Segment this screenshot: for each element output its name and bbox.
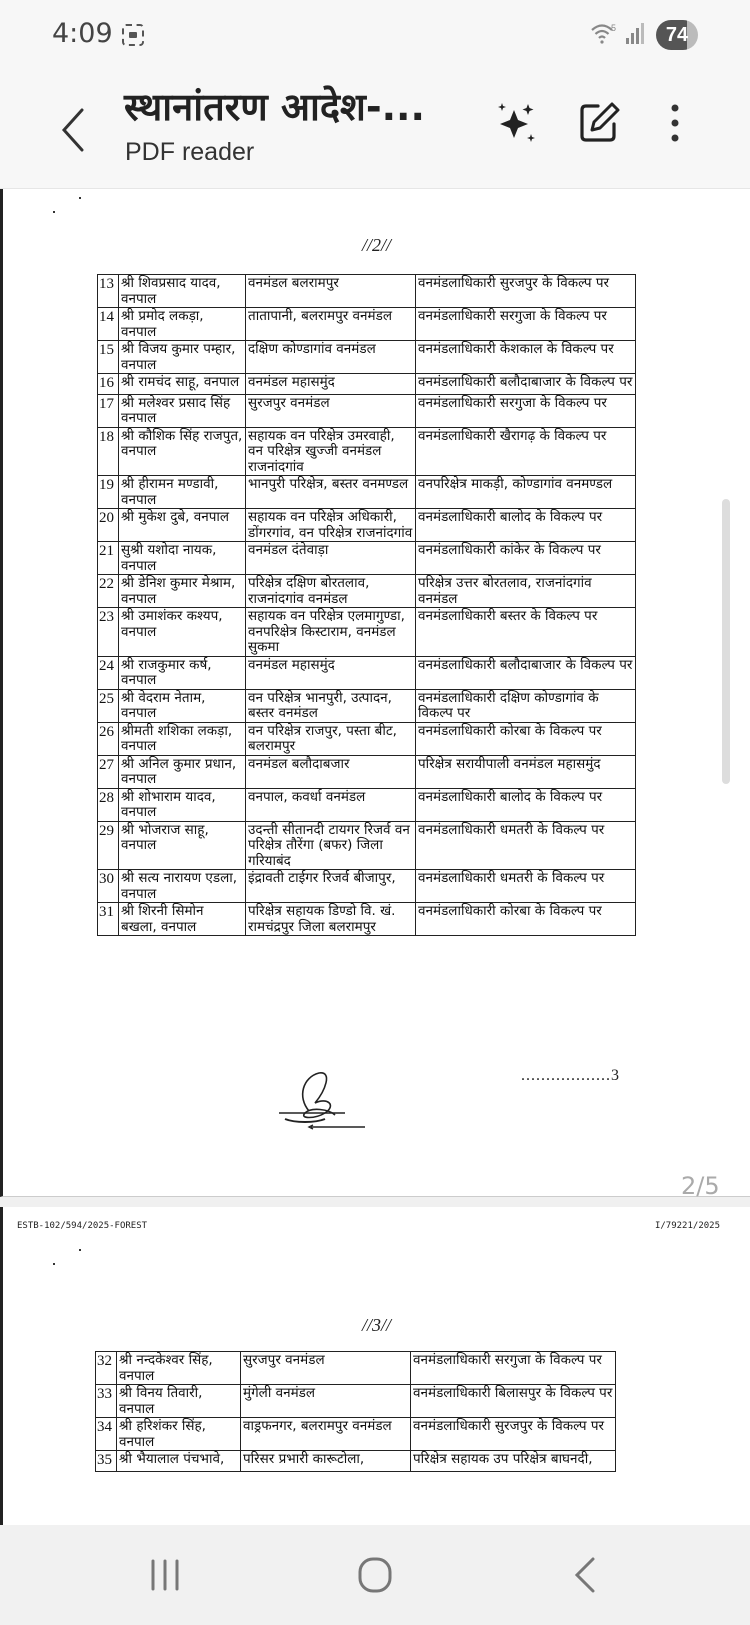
employee-name: श्री सत्य नारायण एडला, वनपाल: [119, 870, 246, 903]
page-mark: //2//: [3, 235, 750, 256]
table-row: 31श्री शिरनी सिमोन बखला, वनपालपरिक्षेत्र…: [98, 903, 636, 936]
employee-name: श्री शिवप्रसाद यादव, वनपाल: [119, 275, 246, 308]
serial-number: 32: [96, 1352, 117, 1385]
table-row: 23श्री उमाशंकर कश्यप, वनपालसहायक वन परिक…: [98, 608, 636, 657]
new-posting: वनमंडलाधिकारी बलौदाबाजार के विकल्प पर: [416, 374, 636, 395]
employee-name: श्री राजकुमार कर्ष, वनपाल: [119, 656, 246, 689]
current-posting: वनमंडल दंतेवाड़ा: [246, 542, 416, 575]
employee-name: श्री विजय कुमार पम्हार, वनपाल: [119, 341, 246, 374]
transfer-table: 13श्री शिवप्रसाद यादव, वनपालवनमंडल बलराम…: [97, 274, 636, 936]
new-posting: परिक्षेत्र सरायीपाली वनमंडल महासमुंद: [416, 755, 636, 788]
pdf-page-2: //2// 13श्री शिवप्रसाद यादव, वनपालवनमंडल…: [0, 189, 750, 1197]
employee-name: श्री रामचंद साहू, वनपाल: [119, 374, 246, 395]
current-posting: वनमंडल बलौदाबजार: [246, 755, 416, 788]
current-posting: वनमंडल महासमुंद: [246, 656, 416, 689]
current-posting: सहायक वन परिक्षेत्र एलमागुण्डा, वनपरिक्ष…: [246, 608, 416, 657]
employee-name: श्री कौशिक सिंह राजपुत, वनपाल: [119, 427, 246, 476]
employee-name: श्री डेनिश कुमार मेश्राम, वनपाल: [119, 575, 246, 608]
new-posting: वनमंडलाधिकारी धमतरी के विकल्प पर: [416, 870, 636, 903]
pdf-page-3: ESTB-102/594/2025-FOREST I/79221/2025 //…: [0, 1207, 750, 1525]
table-row: 34श्री हरिशंकर सिंह, वनपालवाड्रफनगर, बलर…: [96, 1418, 616, 1451]
current-posting: वन परिक्षेत्र भानपुरी, उत्पादन, बस्तर वन…: [246, 689, 416, 722]
current-posting: दक्षिण कोण्डागांव वनमंडल: [246, 341, 416, 374]
signal-icon: [626, 22, 644, 44]
new-posting: वनमंडलाधिकारी सुरजपुर के विकल्प पर: [416, 275, 636, 308]
current-posting: मुंगेली वनमंडल: [241, 1385, 411, 1418]
serial-number: 19: [98, 476, 119, 509]
serial-number: 28: [98, 788, 119, 821]
employee-name: सुश्री यशोदा नायक, वनपाल: [119, 542, 246, 575]
new-posting: वनमंडलाधिकारी बलौदाबाजार के विकल्प पर: [416, 656, 636, 689]
serial-number: 15: [98, 341, 119, 374]
table-row: 21सुश्री यशोदा नायक, वनपालवनमंडल दंतेवाड…: [98, 542, 636, 575]
new-posting: वनमंडलाधिकारी सरगुजा के विकल्प पर: [416, 308, 636, 341]
serial-number: 13: [98, 275, 119, 308]
employee-name: श्री प्रमोद लकड़ा, वनपाल: [119, 308, 246, 341]
new-posting: वनमंडलाधिकारी बस्तर के विकल्प पर: [416, 608, 636, 657]
table-row: 27श्री अनिल कुमार प्रधान, वनपालवनमंडल बल…: [98, 755, 636, 788]
new-posting: वनमंडलाधिकारी कोरबा के विकल्प पर: [416, 903, 636, 936]
table-row: 20श्री मुकेश दुबे, वनपालसहायक वन परिक्षे…: [98, 509, 636, 542]
current-posting: सुरजपुर वनमंडल: [241, 1352, 411, 1385]
edit-button[interactable]: [576, 100, 622, 146]
serial-number: 27: [98, 755, 119, 788]
back-button[interactable]: [56, 104, 96, 154]
app-subtitle: PDF reader: [125, 138, 254, 167]
edit-icon: [576, 100, 622, 146]
more-vert-icon: [660, 100, 690, 146]
current-posting: इंद्रावती टाईगर रिजर्व बीजापुर,: [246, 870, 416, 903]
current-posting: तातापानी, बलरामपुर वनमंडल: [246, 308, 416, 341]
current-posting: परिक्षेत्र सहायक डिण्डो वि. खं. रामचंद्र…: [246, 903, 416, 936]
new-posting: वनमंडलाधिकारी सरगुजा के विकल्प पर: [411, 1352, 616, 1385]
serial-number: 33: [96, 1385, 117, 1418]
svg-text:5: 5: [611, 23, 616, 33]
serial-number: 31: [98, 903, 119, 936]
current-posting: परिक्षेत्र दक्षिण बोरतलाव, राजनांदगांव व…: [246, 575, 416, 608]
screenshot-icon: [122, 24, 144, 46]
employee-name: श्री मलेश्वर प्रसाद सिंह वनपाल: [119, 394, 246, 427]
status-bar: 4:09 5 74: [0, 0, 750, 72]
table-row: 13श्री शिवप्रसाद यादव, वनपालवनमंडल बलराम…: [98, 275, 636, 308]
new-posting: वनमंडलाधिकारी कांकेर के विकल्प पर: [416, 542, 636, 575]
serial-number: 21: [98, 542, 119, 575]
current-posting: वनमंडल बलरामपुर: [246, 275, 416, 308]
current-posting: सहायक वन परिक्षेत्र उमरवाही, वन परिक्षेत…: [246, 427, 416, 476]
table-row: 33श्री विनय तिवारी, वनपालमुंगेली वनमंडलव…: [96, 1385, 616, 1418]
pdf-viewer[interactable]: //2// 13श्री शिवप्रसाद यादव, वनपालवनमंडल…: [0, 189, 750, 1525]
serial-number: 14: [98, 308, 119, 341]
current-posting: परिसर प्रभारी कारूटोला,: [241, 1451, 411, 1472]
file-reference: ESTB-102/594/2025-FOREST: [17, 1221, 147, 1231]
employee-name: श्री हरिशंकर सिंह, वनपाल: [117, 1418, 241, 1451]
battery-indicator: 74: [656, 20, 698, 50]
new-posting: वनपरिक्षेत्र माकड़ी, कोण्डागांव वनमण्डल: [416, 476, 636, 509]
employee-name: श्री विनय तिवारी, वनपाल: [117, 1385, 241, 1418]
page-mark: //3//: [3, 1315, 750, 1336]
back-nav-icon: [555, 1555, 615, 1595]
table-row: 24श्री राजकुमार कर्ष, वनपालवनमंडल महासमु…: [98, 656, 636, 689]
app-bar: स्थानांतरण आदेश-... PDF reader: [0, 72, 750, 190]
employee-name: श्री नन्दकेश्वर सिंह, वनपाल: [117, 1352, 241, 1385]
employee-name: श्री उमाशंकर कश्यप, वनपाल: [119, 608, 246, 657]
recents-button[interactable]: [135, 1555, 195, 1595]
current-posting: उदन्ती सीतानदी टायगर रिजर्व वन परिक्षेत्…: [246, 821, 416, 870]
current-posting: वनपाल, कवर्धा वनमंडल: [246, 788, 416, 821]
table-row: 17श्री मलेश्वर प्रसाद सिंह वनपालसुरजपुर …: [98, 394, 636, 427]
table-row: 15श्री विजय कुमार पम्हार, वनपालदक्षिण को…: [98, 341, 636, 374]
table-row: 25श्री वेदराम नेताम, वनपालवन परिक्षेत्र …: [98, 689, 636, 722]
signature-image: [275, 1069, 385, 1139]
current-posting: भानपुरी परिक्षेत्र, बस्तर वनमण्डल: [246, 476, 416, 509]
serial-number: 25: [98, 689, 119, 722]
current-posting: वनमंडल महासमुंद: [246, 374, 416, 395]
table-row: 19श्री हीरामन मण्डावी, वनपालभानपुरी परिक…: [98, 476, 636, 509]
employee-name: श्री मुकेश दुबे, वनपाल: [119, 509, 246, 542]
document-title: स्थानांतरण आदेश-...: [124, 80, 425, 132]
serial-number: 18: [98, 427, 119, 476]
table-row: 14श्री प्रमोद लकड़ा, वनपालतातापानी, बलरा…: [98, 308, 636, 341]
ai-sparkle-icon: [494, 100, 540, 146]
table-row: 28श्री शोभाराम यादव, वनपालवनपाल, कवर्धा …: [98, 788, 636, 821]
employee-name: श्री शोभाराम यादव, वनपाल: [119, 788, 246, 821]
wifi-icon: 5: [590, 22, 620, 51]
serial-number: 29: [98, 821, 119, 870]
new-posting: वनमंडलाधिकारी धमतरी के विकल्प पर: [416, 821, 636, 870]
system-nav-bar: [0, 1525, 750, 1625]
table-row: 18श्री कौशिक सिंह राजपुत, वनपालसहायक वन …: [98, 427, 636, 476]
serial-number: 30: [98, 870, 119, 903]
recents-icon: [135, 1555, 195, 1595]
new-posting: वनमंडलाधिकारी कोरबा के विकल्प पर: [416, 722, 636, 755]
new-posting: परिक्षेत्र सहायक उप परिक्षेत्र बाघनदी,: [411, 1451, 616, 1472]
employee-name: श्री हीरामन मण्डावी, वनपाल: [119, 476, 246, 509]
current-posting: वन परिक्षेत्र राजपुर, पस्ता बीट, बलरामपु…: [246, 722, 416, 755]
current-posting: सुरजपुर वनमंडल: [246, 394, 416, 427]
page-indicator: 2/5: [681, 1172, 720, 1200]
more-options-button[interactable]: [660, 100, 690, 146]
receipt-reference: I/79221/2025: [655, 1221, 720, 1231]
back-icon: [56, 104, 96, 154]
employee-name: श्री भोजराज साहू, वनपाल: [119, 821, 246, 870]
serial-number: 26: [98, 722, 119, 755]
continuation-marker: ..................3: [521, 1067, 620, 1085]
serial-number: 35: [96, 1451, 117, 1472]
employee-name: श्रीमती शशिका लकड़ा, वनपाल: [119, 722, 246, 755]
table-row: 32श्री नन्दकेश्वर सिंह, वनपालसुरजपुर वनम…: [96, 1352, 616, 1385]
table-row: 26श्रीमती शशिका लकड़ा, वनपालवन परिक्षेत्…: [98, 722, 636, 755]
clock: 4:09: [52, 18, 113, 49]
scrollbar-thumb[interactable]: [722, 499, 730, 784]
serial-number: 20: [98, 509, 119, 542]
serial-number: 16: [98, 374, 119, 395]
table-row: 22श्री डेनिश कुमार मेश्राम, वनपालपरिक्षे…: [98, 575, 636, 608]
new-posting: वनमंडलाधिकारी सुरजपुर के विकल्प पर: [411, 1418, 616, 1451]
back-button[interactable]: [555, 1555, 615, 1595]
table-row: 30श्री सत्य नारायण एडला, वनपालइंद्रावती …: [98, 870, 636, 903]
employee-name: श्री अनिल कुमार प्रधान, वनपाल: [119, 755, 246, 788]
serial-number: 24: [98, 656, 119, 689]
serial-number: 22: [98, 575, 119, 608]
ai-assist-button[interactable]: [494, 100, 540, 146]
table-row: 16श्री रामचंद साहू, वनपालवनमंडल महासमुंद…: [98, 374, 636, 395]
new-posting: वनमंडलाधिकारी दक्षिण कोण्डागांव के विकल्…: [416, 689, 636, 722]
serial-number: 34: [96, 1418, 117, 1451]
employee-name: श्री भैयालाल पंचभावे,: [117, 1451, 241, 1472]
new-posting: परिक्षेत्र उत्तर बोरतलाव, राजनांदगांव वन…: [416, 575, 636, 608]
employee-name: श्री शिरनी सिमोन बखला, वनपाल: [119, 903, 246, 936]
serial-number: 17: [98, 394, 119, 427]
table-row: 35श्री भैयालाल पंचभावे,परिसर प्रभारी कार…: [96, 1451, 616, 1472]
home-button[interactable]: [345, 1555, 405, 1595]
employee-name: श्री वेदराम नेताम, वनपाल: [119, 689, 246, 722]
table-row: 29श्री भोजराज साहू, वनपालउदन्ती सीतानदी …: [98, 821, 636, 870]
home-icon: [345, 1555, 405, 1595]
new-posting: वनमंडलाधिकारी बालोद के विकल्प पर: [416, 788, 636, 821]
transfer-table: 32श्री नन्दकेश्वर सिंह, वनपालसुरजपुर वनम…: [95, 1351, 616, 1472]
new-posting: वनमंडलाधिकारी बालोद के विकल्प पर: [416, 509, 636, 542]
new-posting: वनमंडलाधिकारी खैरागढ़ के विकल्प पर: [416, 427, 636, 476]
current-posting: सहायक वन परिक्षेत्र अधिकारी, डोंगरगांव, …: [246, 509, 416, 542]
new-posting: वनमंडलाधिकारी केशकाल के विकल्प पर: [416, 341, 636, 374]
current-posting: वाड्रफनगर, बलरामपुर वनमंडल: [241, 1418, 411, 1451]
new-posting: वनमंडलाधिकारी बिलासपुर के विकल्प पर: [411, 1385, 616, 1418]
new-posting: वनमंडलाधिकारी सरगुजा के विकल्प पर: [416, 394, 636, 427]
serial-number: 23: [98, 608, 119, 657]
